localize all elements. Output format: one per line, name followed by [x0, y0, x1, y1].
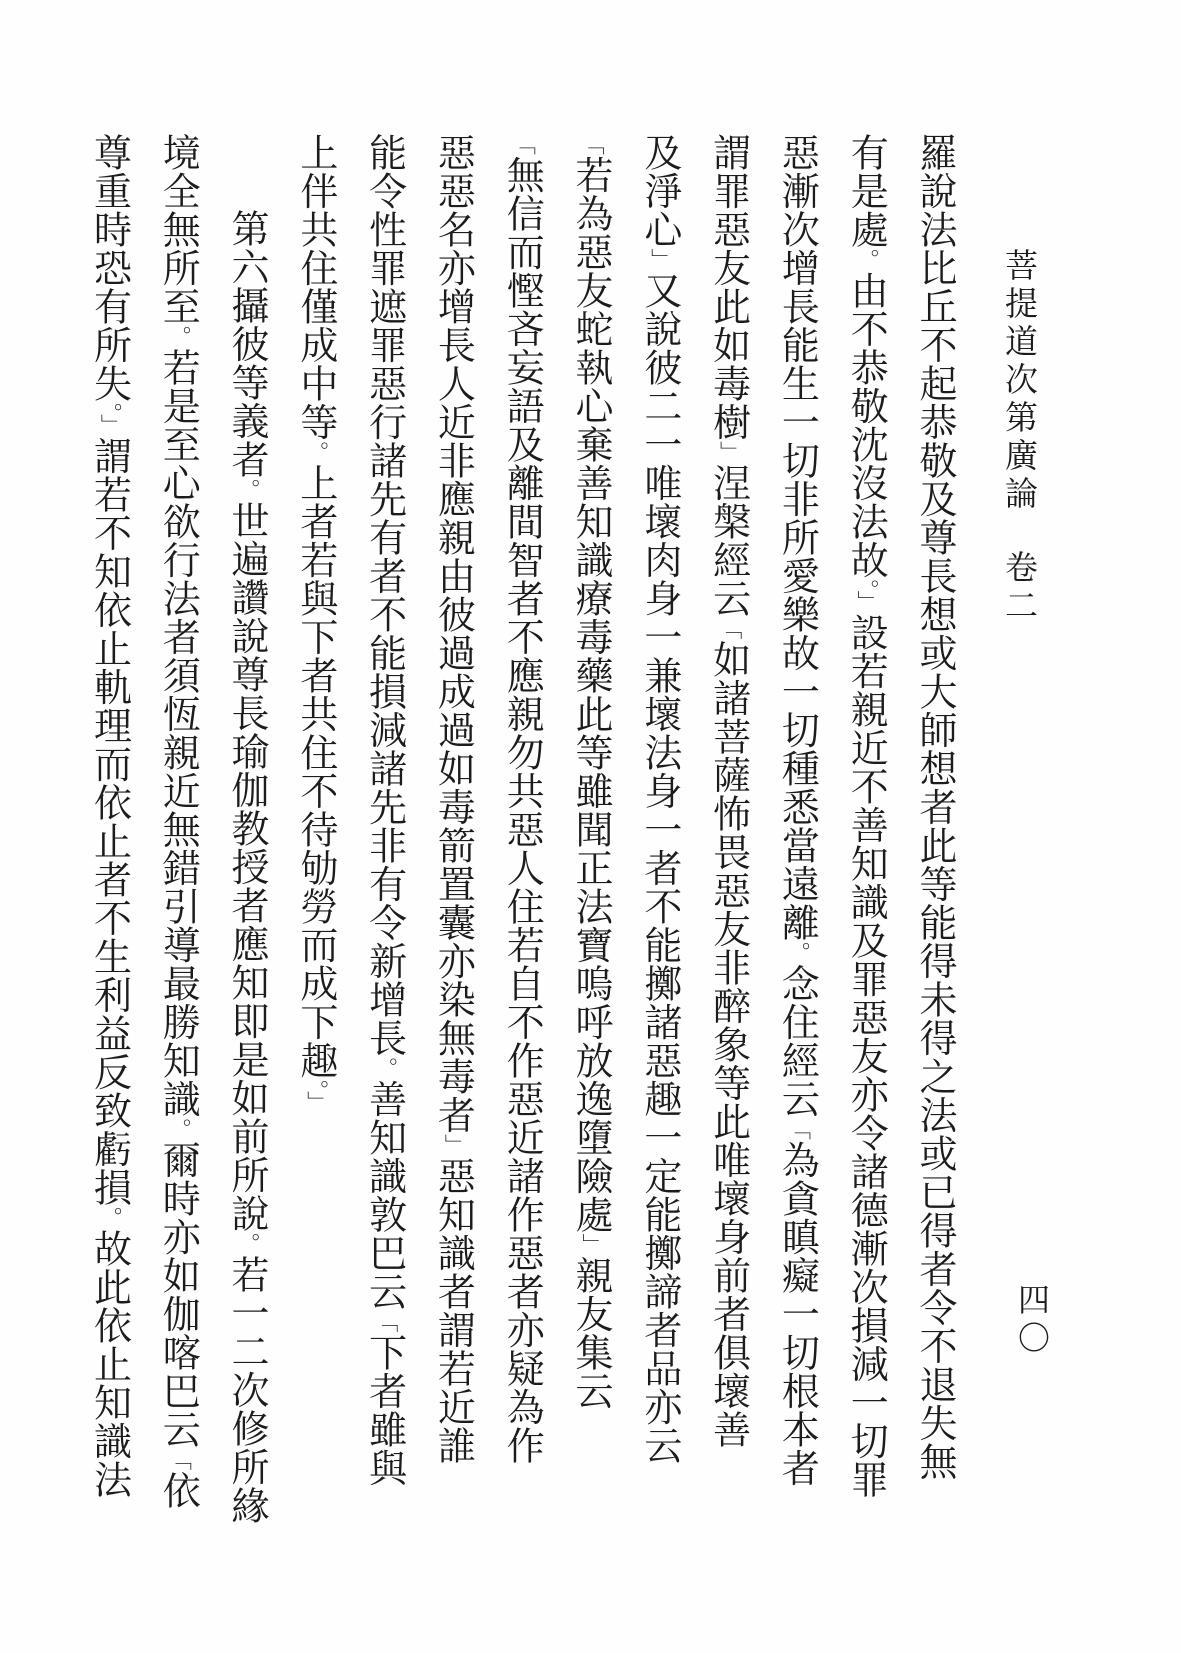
text-column: 「若為惡友蛇執心棄善知識療毒藥此等雖聞正法寶嗚呼放逸墮險處」親友集云 [556, 133, 625, 1653]
title-volume-gap [1019, 514, 1020, 550]
text-column: 尊重時恐有所失。」謂若不知依止軌理而依止者不生利益反致虧損。故此依止知識法 [75, 133, 144, 1653]
text-column: 境全無所至。若是至心欲行法者須恆親近無錯引導最勝知識。爾時亦如伽喀巴云「依 [143, 133, 212, 1653]
text-column: 惡惡名亦增長人近非應親由彼過成過如毒箭置囊亦染無毒者」惡知識者謂若近誰 [419, 133, 488, 1653]
text-column: 惡漸次增長能生一切非所愛樂故一切種悉當遠離。念住經云「為貪瞋癡一切根本者 [763, 133, 832, 1653]
text-column: 及淨心」又說彼二一唯壞肉身一兼壞法身一者不能擲諸惡趣一定能擲諦者品亦云 [625, 133, 694, 1653]
main-text-block: 羅說法比丘不起恭敬及尊長想或大師想者此等能得未得之法或已得者令不退失無 有是處。… [75, 133, 968, 1653]
text-column: 有是處。由不恭敬沈沒法故。」設若親近不善知識及罪惡友亦令諸德漸次損減一切罪 [831, 133, 900, 1653]
text-column: 「無信而慳吝妄語及離間智者不應親勿共惡人住若自不作惡近諸作惡者亦疑為作 [487, 133, 556, 1653]
text-column: 上伴共住僅成中等。上者若與下者共住不待劬勞而成下趣。」 [281, 133, 350, 1653]
text-column-paragraph-start: 第六攝彼等義者。世遍讚說尊長瑜伽教授者應知即是如前所說。若一二次修所緣 [212, 133, 281, 1653]
text-column: 謂罪惡友此如毒樹」涅槃經云「如諸菩薩怖畏惡友非醉象等此唯壞身前者俱壞善 [694, 133, 763, 1653]
book-title: 菩提道次第廣論 [1000, 248, 1039, 514]
text-column: 能令性罪遮罪惡行諸先有者不能損減諸先非有令新增長。善知識敦巴云「下者雖與 [350, 133, 419, 1653]
running-head: 菩提道次第廣論卷二 [996, 248, 1043, 626]
volume-label: 卷二 [1000, 550, 1039, 626]
folio-number: 四〇 [1009, 1283, 1055, 1359]
book-page: 菩提道次第廣論卷二 四〇 羅說法比丘不起恭敬及尊長想或大師想者此等能得未得之法或… [0, 0, 1181, 1653]
text-column: 羅說法比丘不起恭敬及尊長想或大師想者此等能得未得之法或已得者令不退失無 [900, 133, 968, 1653]
